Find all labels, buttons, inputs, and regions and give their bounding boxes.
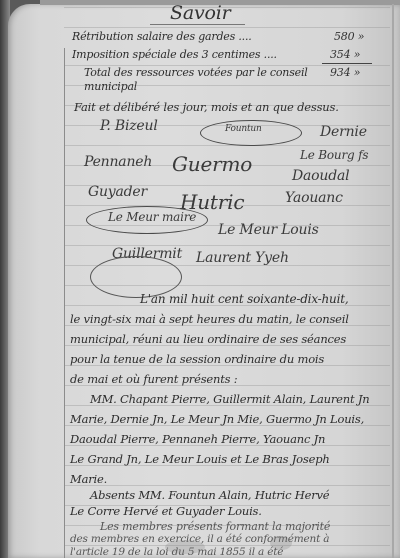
absent-members-line: Absents MM. Fountun Alain, Hutric Hervé [90, 488, 329, 502]
budget-line-label: Rétribution salaire des gardes .... [72, 30, 252, 43]
ink-stain [165, 540, 205, 554]
signature: Pennaneh [84, 154, 152, 170]
budget-line-amount: 580 » [334, 30, 364, 43]
minutes-line: Les membres présents formant la majorité [100, 520, 330, 533]
signature: Le Meur maire [108, 210, 196, 224]
signature: Fountun [225, 124, 262, 134]
page-heading: Savoir [170, 2, 230, 24]
present-members-line: Daoudal Pierre, Pennaneh Pierre, Yaouanc… [70, 432, 325, 446]
ink-stain [270, 536, 292, 550]
signature: Dernie [320, 124, 367, 140]
minutes-line: pour la tenue de la session ordinaire du… [70, 352, 324, 366]
sum-rule [322, 63, 372, 64]
minutes-line: municipal, réuni au lieu ordinaire de se… [70, 332, 346, 346]
signature: Guyader [88, 184, 147, 200]
signature: Yaouanc [285, 190, 343, 206]
budget-line-amount: 354 » [330, 48, 360, 61]
signature: Daoudal [292, 168, 349, 184]
page-right-edge [392, 4, 394, 558]
signature: Le Bourg fs [300, 148, 368, 162]
budget-line-label: Imposition spéciale des 3 centimes .... [72, 48, 277, 61]
signature: Le Meur Louis [218, 222, 319, 238]
present-members-line: MM. Chapant Pierre, Guillermit Alain, La… [90, 392, 369, 406]
budget-total-label: Total des ressources votées par le conse… [84, 66, 314, 94]
signature: P. Bizeul [100, 118, 158, 134]
signature: Guermo [172, 152, 252, 176]
budget-total-amount: 934 » [330, 66, 360, 79]
present-members-line: Marie. [70, 472, 107, 486]
minutes-line: de mai et où furent présents : [70, 372, 237, 386]
margin-line [64, 48, 65, 558]
closing-line: Fait et délibéré les jour, mois et an qu… [74, 100, 339, 114]
present-members-line: Le Grand Jn, Le Meur Louis et Le Bras Jo… [70, 452, 330, 466]
present-members-line: Marie, Dernie Jn, Le Meur Jn Mie, Guermo… [70, 412, 364, 426]
heading-underline [150, 24, 245, 25]
minutes-line: L'an mil huit cent soixante-dix-huit, [140, 292, 348, 306]
absent-members-line: Le Corre Hervé et Guyader Louis. [70, 504, 262, 518]
signature: Laurent Yyeh [196, 250, 289, 266]
minutes-line: le vingt-six mai à sept heures du matin,… [70, 312, 349, 326]
